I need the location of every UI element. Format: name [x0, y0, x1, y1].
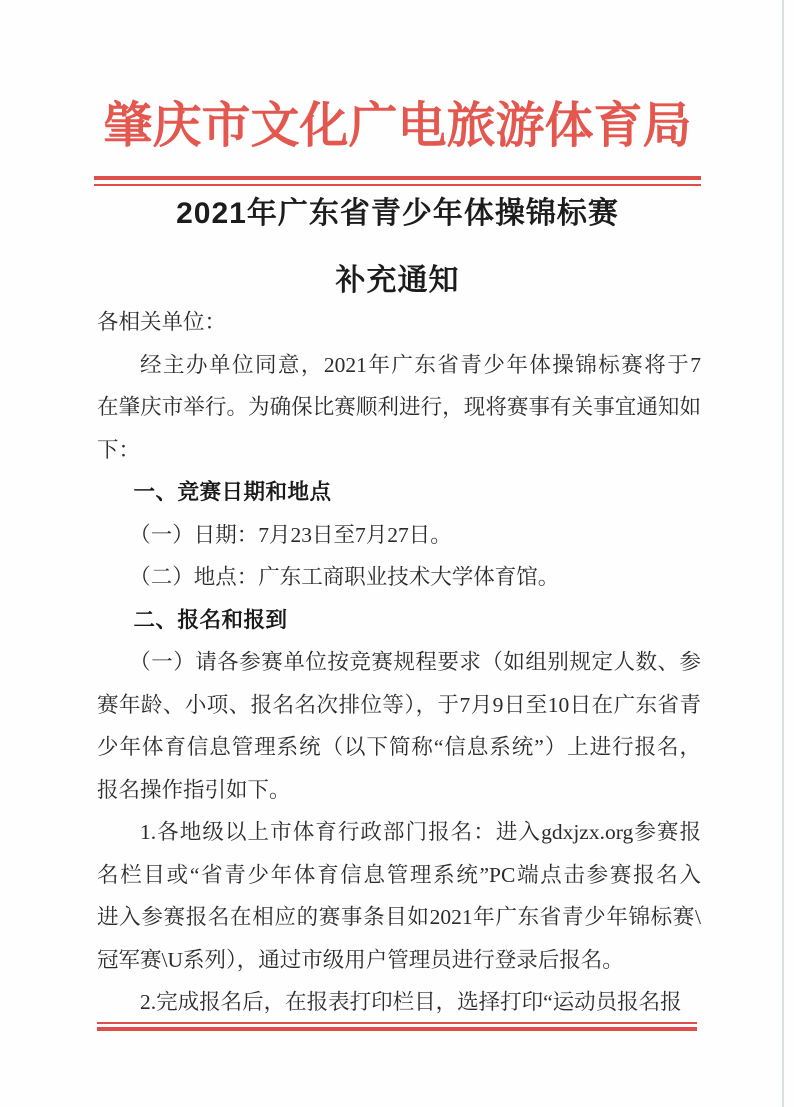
- section-heading: 一、竞赛日期和地点: [97, 471, 701, 514]
- body-line: 1.各地级以上市体育行政部门报名：进入gdxjzx.org参赛报: [97, 811, 701, 854]
- section-heading: 二、报名和报到: [97, 599, 701, 642]
- body-line: 下：: [97, 429, 701, 472]
- scan-artifact-line: [782, 0, 784, 1107]
- body-line: （一）日期：7月23日至7月27日。: [97, 514, 701, 557]
- body-line: 赛年龄、小项、报名名次排位等），于7月9日至10日在广东省青: [97, 684, 701, 727]
- body-line: （二）地点：广东工商职业技术大学体育馆。: [97, 556, 701, 599]
- footer-double-rule: [97, 1022, 697, 1031]
- footer-rule-thick-line: [97, 1027, 697, 1031]
- header-rule-thin-line: [94, 184, 701, 186]
- body-line: （一）请各参赛单位按竞赛规程要求（如组别规定人数、参: [97, 641, 701, 684]
- body-line: 经主办单位同意，2021年广东省青少年体操锦标赛将于7月，: [97, 344, 701, 387]
- document-page: 肇庆市文化广电旅游体育局 2021年广东省青少年体操锦标赛 补充通知 各相关单位…: [0, 0, 794, 1107]
- org-title: 肇庆市文化广电旅游体育局: [94, 96, 701, 156]
- body-line: 报名操作指引如下。: [97, 769, 701, 812]
- body-line: 少年体育信息管理系统（以下简称“信息系统”）上进行报名，: [97, 726, 701, 769]
- doc-title-line2: 补充通知: [94, 263, 701, 299]
- body-line: 进入参赛报名在相应的赛事条目如2021年广东省青少年锦标赛\: [97, 896, 701, 939]
- body-lines: 各相关单位：经主办单位同意，2021年广东省青少年体操锦标赛将于7月，在肇庆市举…: [97, 301, 701, 1024]
- body-line: 名栏目或“省青少年体育信息管理系统”PC端点击参赛报名入口，: [97, 854, 701, 897]
- header-double-rule: [94, 176, 701, 186]
- body-line: 冠军赛\U系列），通过市级用户管理员进行登录后报名。: [97, 939, 701, 982]
- doc-title-line1: 2021年广东省青少年体操锦标赛: [94, 196, 701, 232]
- body-line: 各相关单位：: [97, 301, 701, 344]
- body-line: 2.完成报名后，在报表打印栏目，选择打印“运动员报名报: [97, 981, 701, 1024]
- body-line: 在肇庆市举行。为确保比赛顺利进行，现将赛事有关事宜通知如: [97, 386, 701, 429]
